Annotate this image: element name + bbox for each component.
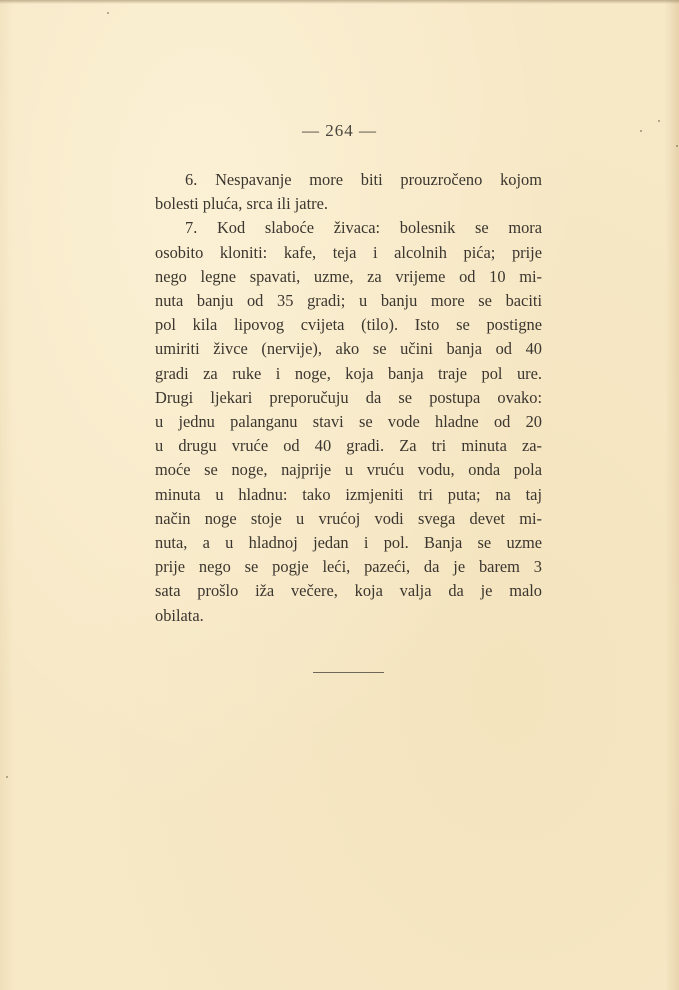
section-divider	[313, 672, 384, 673]
text-line: 6. Nespavanje more biti prouzročeno kojo…	[155, 168, 542, 192]
paper-speck	[658, 120, 660, 122]
text-line: gradi za ruke i noge, koja banja traje p…	[155, 362, 542, 386]
text-line: nuta banju od 35 gradi; u banju more se …	[155, 289, 542, 313]
text-line: način noge stoje u vrućoj vodi svega dev…	[155, 507, 542, 531]
paper-speck	[107, 12, 109, 14]
text-line: obilata.	[155, 604, 542, 628]
text-line: u drugu vruće od 40 gradi. Za tri minuta…	[155, 434, 542, 458]
text-line: Drugi ljekari preporučuju da se postupa …	[155, 386, 542, 410]
paper-speck	[6, 776, 8, 778]
paper-speck	[640, 130, 642, 132]
text-line: 7. Kod slaboće živaca: bolesnik se mora	[155, 216, 542, 240]
paragraph-7: 7. Kod slaboće živaca: bolesnik se mora …	[155, 216, 542, 627]
text-line: nuta, a u hladnoj jedan i pol. Banja se …	[155, 531, 542, 555]
text-line: u jednu palanganu stavi se vode hladne o…	[155, 410, 542, 434]
paragraph-6: 6. Nespavanje more biti prouzročeno kojo…	[155, 168, 542, 216]
page-number: — 264 —	[0, 121, 679, 141]
text-line: pol kila lipovog cvijeta (tilo). Isto se…	[155, 313, 542, 337]
text-line: moće se noge, najprije u vruću vodu, ond…	[155, 458, 542, 482]
text-line: minuta u hladnu: tako izmjeniti tri puta…	[155, 483, 542, 507]
text-line: sata prošlo iža večere, koja valja da je…	[155, 579, 542, 603]
text-line: umiriti živce (nervije), ako se učini ba…	[155, 337, 542, 361]
body-text: 6. Nespavanje more biti prouzročeno kojo…	[155, 168, 542, 628]
page-top-edge	[0, 0, 679, 4]
text-line: osobito kloniti: kafe, teja i alcolnih p…	[155, 241, 542, 265]
text-line: nego legne spavati, uzme, za vrijeme od …	[155, 265, 542, 289]
text-line: prije nego se pogje leći, pazeći, da je …	[155, 555, 542, 579]
paper-speck	[676, 145, 678, 147]
paper-speck	[510, 182, 512, 184]
text-line: bolesti pluća, srca ili jatre.	[155, 192, 542, 216]
